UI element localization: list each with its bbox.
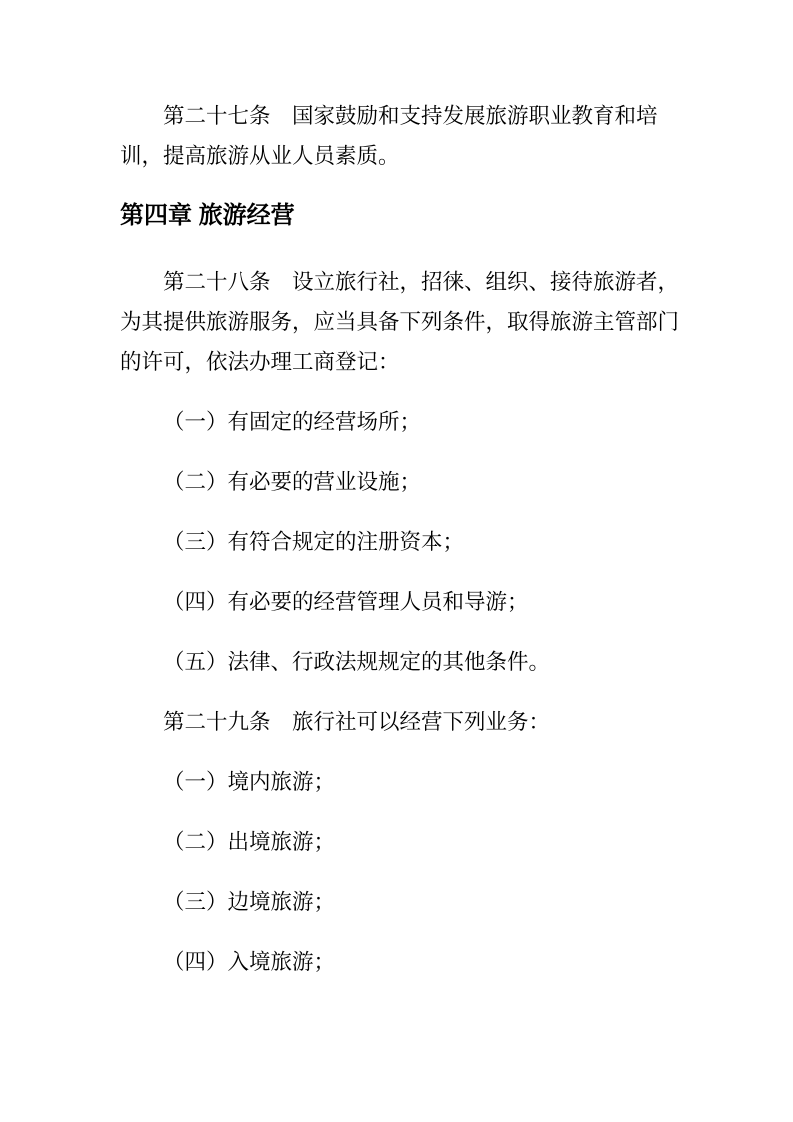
- chapter-4-heading: 第四章 旅游经营: [120, 196, 680, 236]
- text-line: （三）有符合规定的注册资本；: [120, 522, 680, 562]
- article-28-item-2: （二）有必要的营业设施；: [120, 462, 680, 502]
- text-line: 第四章 旅游经营: [120, 196, 680, 236]
- paragraph-article-27: 第二十七条 国家鼓励和支持发展旅游职业教育和培训，提高旅游从业人员素质。: [120, 96, 680, 176]
- text-line: （四）入境旅游；: [120, 942, 680, 982]
- text-line: （一）有固定的经营场所；: [120, 402, 680, 442]
- article-28-item-5: （五）法律、行政法规规定的其他条件。: [120, 642, 680, 682]
- text-line: （二）有必要的营业设施；: [120, 462, 680, 502]
- text-line: 训，提高旅游从业人员素质。: [120, 136, 680, 176]
- text-line: （三）边境旅游；: [120, 882, 680, 922]
- article-29-item-2: （二）出境旅游；: [120, 822, 680, 862]
- paragraph-article-28: 第二十八条 设立旅行社，招徕、组织、接待旅游者，为其提供旅游服务，应当具备下列条…: [120, 262, 680, 382]
- paragraph-article-29: 第二十九条 旅行社可以经营下列业务：: [120, 702, 680, 742]
- text-line: 第二十七条 国家鼓励和支持发展旅游职业教育和培: [120, 96, 680, 136]
- article-29-item-1: （一）境内旅游；: [120, 762, 680, 802]
- text-line: （五）法律、行政法规规定的其他条件。: [120, 642, 680, 682]
- document-page: 第二十七条 国家鼓励和支持发展旅游职业教育和培训，提高旅游从业人员素质。第四章 …: [0, 0, 793, 1122]
- article-28-item-4: （四）有必要的经营管理人员和导游；: [120, 582, 680, 622]
- article-28-item-3: （三）有符合规定的注册资本；: [120, 522, 680, 562]
- text-line: 第二十八条 设立旅行社，招徕、组织、接待旅游者，: [120, 262, 680, 302]
- text-line: 为其提供旅游服务，应当具备下列条件，取得旅游主管部门: [120, 302, 680, 342]
- text-line: 第二十九条 旅行社可以经营下列业务：: [120, 702, 680, 742]
- article-28-item-1: （一）有固定的经营场所；: [120, 402, 680, 442]
- document-body: 第二十七条 国家鼓励和支持发展旅游职业教育和培训，提高旅游从业人员素质。第四章 …: [120, 96, 680, 982]
- text-line: 的许可，依法办理工商登记：: [120, 342, 680, 382]
- text-line: （一）境内旅游；: [120, 762, 680, 802]
- article-29-item-3: （三）边境旅游；: [120, 882, 680, 922]
- text-line: （二）出境旅游；: [120, 822, 680, 862]
- article-29-item-4: （四）入境旅游；: [120, 942, 680, 982]
- text-line: （四）有必要的经营管理人员和导游；: [120, 582, 680, 622]
